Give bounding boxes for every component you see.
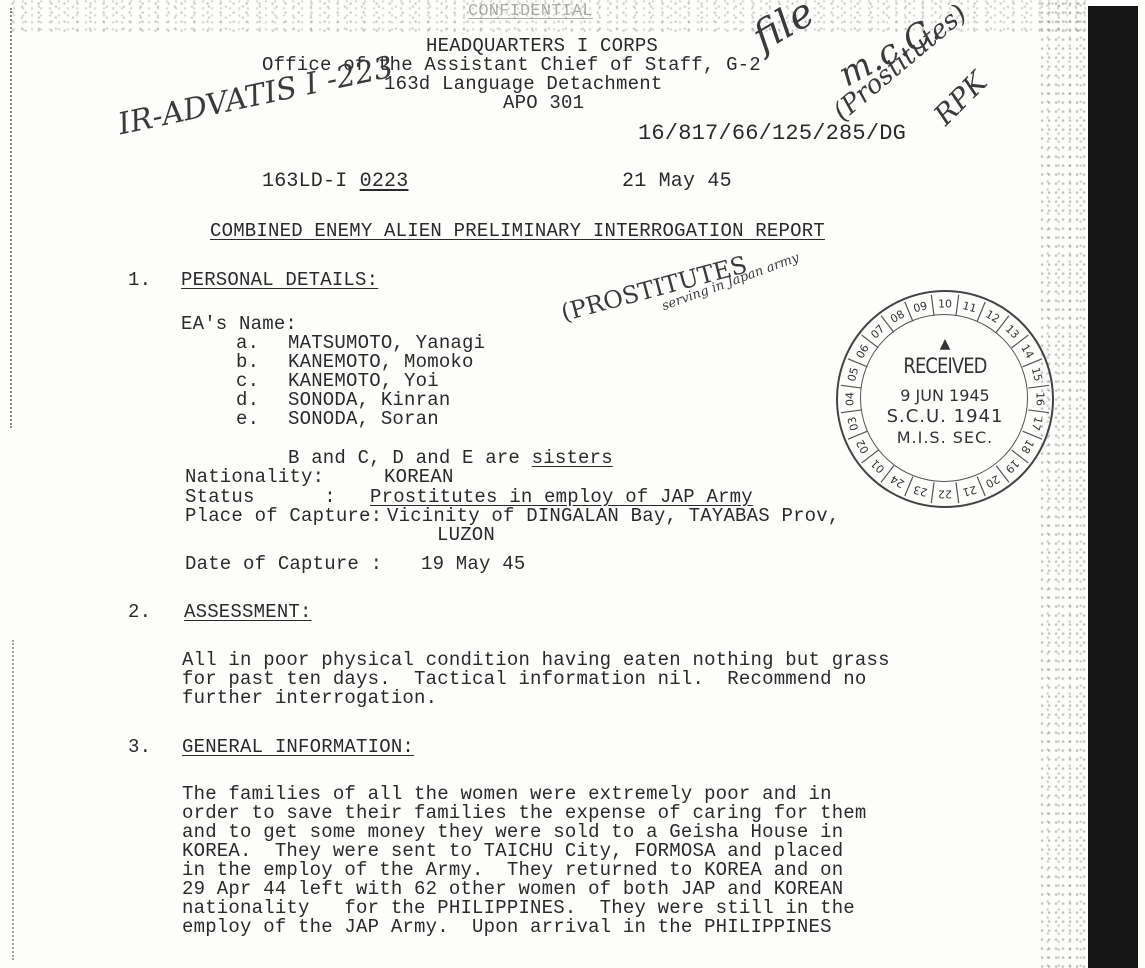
svg-text:24: 24 [888, 472, 907, 490]
report-number-prefix: 163LD-I [262, 170, 360, 193]
header-apo: APO 301 [503, 94, 584, 113]
svg-text:11: 11 [961, 299, 978, 315]
field-capture-date-label: Date of Capture : [185, 555, 382, 574]
section-1-heading: PERSONAL DETAILS: [181, 271, 378, 290]
field-nationality-value: KOREAN [384, 468, 454, 487]
report-number: 163LD-I 0223 [262, 172, 408, 191]
svg-text:12: 12 [983, 308, 1002, 326]
reference-number: 16/817/66/125/285/DG [638, 124, 906, 143]
section-1-number: 1. [128, 271, 151, 290]
sisters-note-word: sisters [532, 447, 613, 469]
received-stamp: 0102030405060708091011121314151617181920… [836, 290, 1054, 508]
name-letter-e: e. [236, 410, 259, 429]
field-nationality-label: Nationality: [185, 468, 324, 487]
section-3-heading: GENERAL INFORMATION: [182, 738, 414, 757]
report-title: COMBINED ENEMY ALIEN PRELIMINARY INTERRO… [210, 222, 825, 241]
stamp-section: M.I.S. SEC. [838, 428, 1052, 447]
svg-text:08: 08 [888, 308, 907, 326]
handwritten-initials: RPK [927, 65, 993, 131]
svg-text:20: 20 [983, 472, 1002, 490]
report-number-value: 0223 [360, 170, 409, 193]
stamp-date: 9 JUN 1945 [838, 386, 1052, 405]
scan-border-black-bar [1088, 6, 1138, 968]
svg-text:19: 19 [1003, 457, 1022, 476]
scanned-document-page: CONFIDENTIAL HEADQUARTERS I CORPS Office… [0, 0, 1145, 968]
field-capture-place-label: Place of Capture: [185, 507, 382, 526]
section-2-heading: ASSESSMENT: [184, 603, 312, 622]
scan-edge-left-lower [12, 640, 16, 960]
report-date: 21 May 45 [622, 172, 732, 191]
classification-mark: CONFIDENTIAL [468, 2, 593, 21]
stamp-unit: S.C.U. 1941 [838, 406, 1052, 427]
scan-edge-left [10, 8, 14, 428]
stamp-pointer-icon: ▲ [838, 336, 1052, 352]
handwritten-file-code: IR-ADVATIS I -223 [115, 50, 396, 142]
assessment-line-3: further interrogation. [182, 689, 437, 708]
svg-text:09: 09 [912, 299, 929, 315]
svg-text:10: 10 [938, 298, 952, 311]
svg-text:22: 22 [938, 488, 952, 501]
field-capture-place-value-line2: LUZON [437, 526, 495, 545]
section-3-number: 3. [128, 738, 151, 757]
svg-text:23: 23 [912, 483, 929, 499]
svg-text:01: 01 [868, 457, 887, 476]
svg-text:21: 21 [961, 483, 978, 499]
field-capture-date-value: 19 May 45 [421, 555, 525, 574]
section-2-number: 2. [128, 603, 151, 622]
stamp-title: RECEIVED [854, 354, 1036, 378]
general-info-line-8: employ of the JAP Army. Upon arrival in … [182, 918, 832, 937]
name-e: SONODA, Soran [288, 410, 439, 429]
